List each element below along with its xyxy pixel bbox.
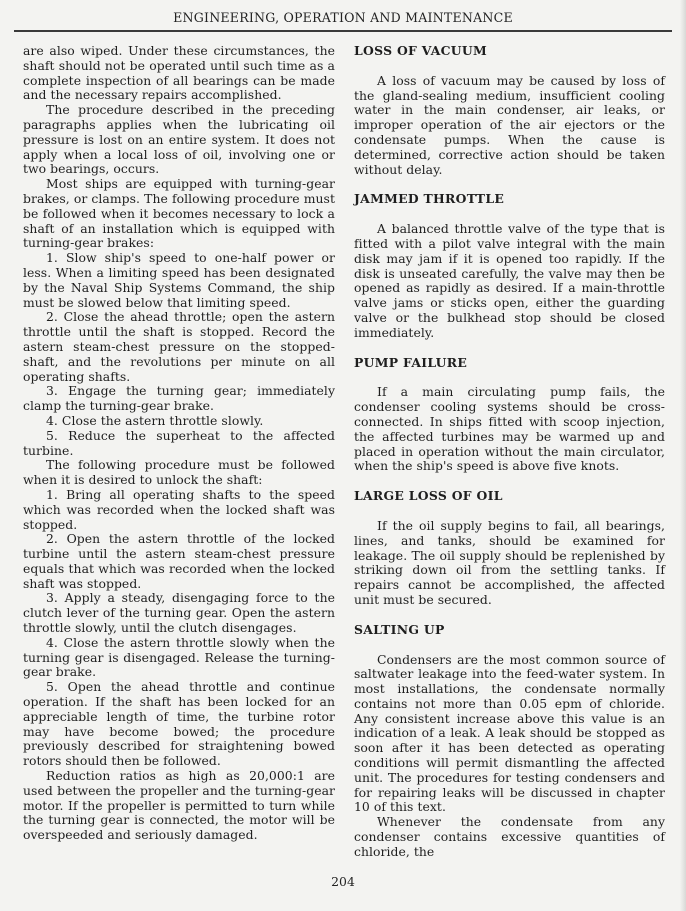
list-item: 4. Close the astern throttle slowly. [23, 414, 335, 429]
list-item: 1. Bring all operating shafts to the spe… [23, 488, 335, 532]
paragraph: A loss of vacuum may be caused by loss o… [354, 74, 665, 178]
paragraph: The following procedure must be followed… [23, 458, 335, 488]
section-heading: SALTING UP [354, 623, 665, 638]
paragraph: Reduction ratios as high as 20,000:1 are… [23, 769, 335, 843]
section-loss-of-vacuum: LOSS OF VACUUM A loss of vacuum may be c… [354, 44, 665, 177]
header-rule [14, 30, 672, 32]
section-heading: LARGE LOSS OF OIL [354, 489, 665, 504]
section-heading: JAMMED THROTTLE [354, 192, 665, 207]
paragraph: If the oil supply begins to fail, all be… [354, 519, 665, 608]
list-item: 4. Close the astern throttle slowly when… [23, 636, 335, 680]
page-number: 204 [0, 874, 686, 889]
right-column: LOSS OF VACUUM A loss of vacuum may be c… [354, 44, 665, 860]
section-heading: LOSS OF VACUUM [354, 44, 665, 59]
list-item: 3. Apply a steady, disengaging force to … [23, 591, 335, 635]
paragraph: A balanced throttle valve of the type th… [354, 222, 665, 340]
section-jammed-throttle: JAMMED THROTTLE A balanced throttle valv… [354, 192, 665, 340]
list-item: 2. Open the astern throttle of the locke… [23, 532, 335, 591]
paragraph: If a main circulating pump fails, the co… [354, 385, 665, 474]
list-item: 2. Close the ahead throttle; open the as… [23, 310, 335, 384]
paragraph: Whenever the condensate from any condens… [354, 815, 665, 859]
list-item: 5. Reduce the superheat to the affected … [23, 429, 335, 459]
page-edge-shadow [680, 0, 686, 911]
running-head: ENGINEERING, OPERATION AND MAINTENANCE [0, 10, 686, 25]
section-heading: PUMP FAILURE [354, 356, 665, 371]
paragraph: The procedure described in the preceding… [23, 103, 335, 177]
list-item: 1. Slow ship's speed to one-half power o… [23, 251, 335, 310]
list-item: 3. Engage the turning gear; immediately … [23, 384, 335, 414]
paragraph: Condensers are the most common source of… [354, 653, 665, 816]
paragraph: Most ships are equipped with turning-gea… [23, 177, 335, 251]
left-column: are also wiped. Under these circumstance… [23, 44, 335, 843]
section-salting-up: SALTING UP Condensers are the most commo… [354, 623, 665, 860]
paragraph: are also wiped. Under these circumstance… [23, 44, 335, 103]
section-large-loss-of-oil: LARGE LOSS OF OIL If the oil supply begi… [354, 489, 665, 608]
list-item: 5. Open the ahead throttle and continue … [23, 680, 335, 769]
section-pump-failure: PUMP FAILURE If a main circulating pump … [354, 356, 665, 475]
